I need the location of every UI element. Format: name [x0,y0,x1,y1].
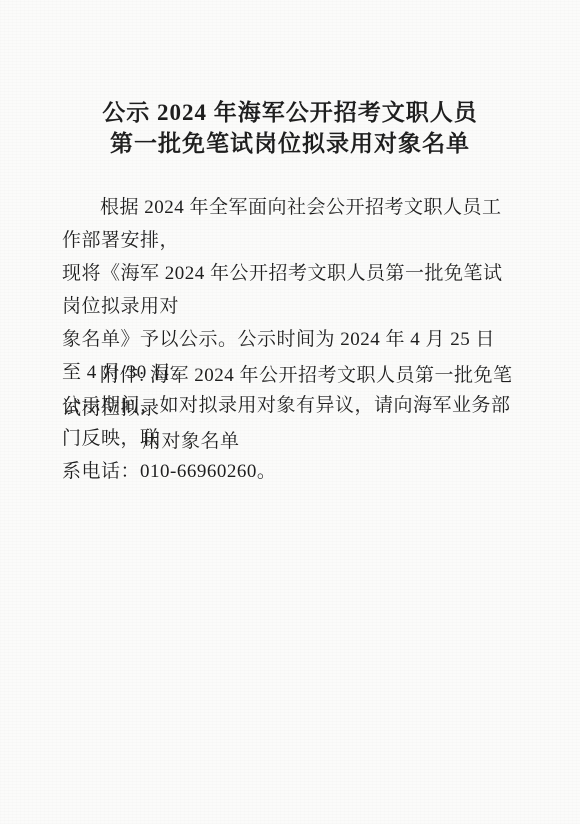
document-page: 公示 2024 年海军公开招考文职人员 第一批免笔试岗位拟录用对象名单 根据 2… [0,0,580,824]
body-line-phone: 系电话：010-66960260。 [62,455,514,488]
body-line: 根据 2024 年全军面向社会公开招考文职人员工作部署安排， [62,191,514,257]
attachment-line-2: 用对象名单 [142,425,514,458]
document-title: 公示 2024 年海军公开招考文职人员 第一批免笔试岗位拟录用对象名单 [0,97,580,159]
title-line-2: 第一批免笔试岗位拟录用对象名单 [0,128,580,159]
body-line: 现将《海军 2024 年公开招考文职人员第一批免笔试岗位拟录用对 [62,257,514,323]
attachment-note: 附件: 海军 2024 年公开招考文职人员第一批免笔试岗位拟录 用对象名单 [62,359,514,458]
attachment-line-1: 附件: 海军 2024 年公开招考文职人员第一批免笔试岗位拟录 [62,359,514,425]
title-line-1: 公示 2024 年海军公开招考文职人员 [0,97,580,128]
